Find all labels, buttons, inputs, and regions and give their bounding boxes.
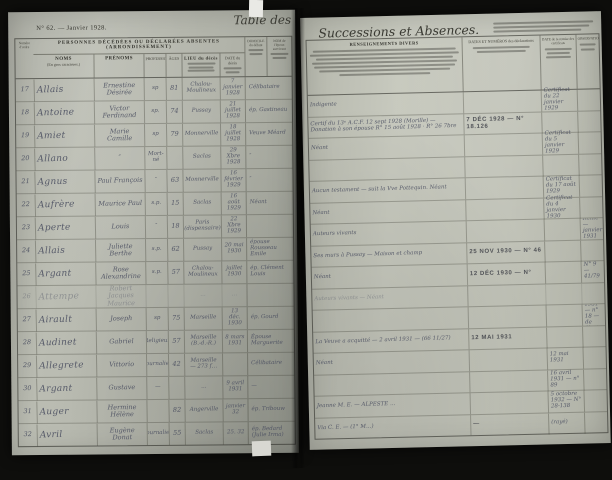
cell-profession: ″ [145, 216, 167, 238]
cell-age: 75 [168, 308, 184, 330]
cell-nom: Allano [34, 147, 95, 171]
cell-declaration-stamp [469, 348, 547, 370]
cell-age [166, 147, 182, 169]
cell-prenoms: Eugène Donat [97, 423, 147, 446]
table-row: 26 Attempe Robert Jacques Maurice … … [17, 284, 293, 309]
cell-nom: Auger [36, 400, 97, 424]
table-row: 30 Argant Gustave — … 9 avril 1931 — [18, 376, 294, 401]
cell-numero: 26 [17, 286, 35, 308]
cell-lieu-deces: Saclas [185, 422, 223, 445]
cell-prenoms: Marie Camille [94, 124, 144, 147]
cell-prenoms: Robert Jacques Maurice [95, 285, 145, 308]
table-row: 20 Allano ″ Mort-né Saclas 29 Xbre 1928 … [16, 146, 292, 171]
cell-numero: 18 [16, 102, 34, 124]
cell-numero: 23 [17, 217, 35, 239]
renseignements-table: RENSEIGNEMENTS DIVERS DATES ET NUMÉROS d… [305, 33, 608, 440]
table-row: 27 Airault Joseph sp 75 Marseille 13 déc… [18, 307, 294, 332]
cell-observation [579, 175, 603, 196]
cell-renseignements: Jeanne M. E. — ALPESTE … [315, 393, 471, 418]
cell-profession: Journalier [146, 354, 168, 376]
cell-prenoms: Louis [95, 216, 145, 239]
cell-date-deces: 25. 32 [223, 422, 248, 444]
cell-certificat [541, 111, 578, 133]
cell-nom: Antoine [34, 101, 95, 125]
cell-renseignements: Néant [312, 264, 468, 289]
cell-renseignements: Auteurs vivants [311, 221, 467, 246]
right-table-body: Indigente Certificat du 22 janvier 1929 … [308, 89, 608, 439]
cell-lieu-deces: Chalou-Moulineux [182, 77, 220, 100]
cell-observation [577, 89, 601, 110]
cell-prenoms: Vittorio [96, 354, 146, 377]
cell-date-deces: … [221, 284, 246, 306]
cell-renseignements: Indigente [308, 92, 464, 117]
cell-observation: N° 9 — 41/79 [581, 261, 605, 282]
cell-renseignements: Via C. E. — (1° M…) [315, 414, 471, 439]
cell-prenoms: Ernestine Désirée [94, 78, 144, 101]
cell-epoux: Célibataire [247, 77, 292, 100]
cell-numero: 21 [16, 171, 34, 193]
cell-nom: Attempe [35, 285, 96, 309]
cell-renseignements: Néant [314, 350, 470, 375]
cell-lieu-deces: Marseille — 273 f… [184, 353, 222, 376]
cell-date-deces: 13 déc. 1930 [222, 307, 247, 329]
cell-profession: Mort-né [144, 147, 166, 169]
fine-print-note [493, 18, 593, 34]
table-row: 23 Aperte Louis ″ 18 Paris (dispensaire)… [17, 215, 293, 240]
cell-numero: 27 [18, 309, 36, 331]
cell-observation [583, 369, 607, 390]
cell-age: 79 [166, 124, 182, 146]
cell-prenoms: Victor Ferdinand [94, 101, 144, 124]
table-row: 24 Allais Juliette Berthe s.p. 62 Pussay… [17, 238, 293, 263]
column-header-numero: Numéro d'ordre [15, 39, 33, 78]
cell-numero: 20 [16, 148, 34, 170]
cell-epoux: ″ [247, 146, 292, 169]
cell-nom: Argant [36, 377, 97, 401]
cell-lieu-deces: Monnerville [182, 123, 220, 146]
cell-declaration-stamp [469, 370, 547, 392]
deceased-persons-table: Numéro d'ordre PERSONNES DÉCÉDÉES OU DÉC… [14, 36, 296, 447]
cell-numero: 29 [18, 355, 36, 377]
cell-certificat: Certificat du 5 janvier 1929 [542, 133, 579, 155]
table-row: 31 Auger Hermine Hélène 82 Angerville ja… [18, 399, 294, 424]
cell-nom: Airault [35, 308, 96, 332]
cell-profession: — [146, 377, 168, 399]
cell-declaration-stamp: 12 DÉC 1930 — N° [467, 263, 545, 285]
column-header-epoux: NOM de l'époux survivant [266, 37, 291, 76]
cell-nom: Allais [35, 239, 96, 263]
cell-certificat: 16 avril 1931 — n° 89 [547, 369, 584, 391]
cell-nom: Avril [36, 423, 97, 447]
cell-numero: 32 [19, 424, 37, 446]
cell-observation [580, 240, 604, 261]
cell-profession: journalier [147, 423, 169, 445]
cell-declaration-stamp [466, 220, 544, 242]
cell-epoux: Célibataire [249, 353, 294, 376]
cell-observation [579, 197, 603, 218]
table-row: 25 Argant Rose Alexandrine s.p. 57 Chalo… [17, 261, 293, 286]
cell-age: 42 [168, 354, 184, 376]
cell-profession: sp [146, 308, 168, 330]
cell-declaration-stamp [470, 391, 548, 413]
cell-epoux: épouse Rousseau Emile [248, 238, 293, 261]
cell-date-deces: 21 juillet 1928 [220, 100, 245, 122]
cell-age: 62 [167, 239, 183, 261]
cell-prenoms: Rose Alexandrine [95, 262, 145, 285]
cell-age: 74 [166, 101, 182, 123]
cell-lieu-deces: Chalou-Moulineux [183, 261, 221, 284]
cell-observation: Réillé — janvier 1931 [580, 218, 604, 239]
cell-age: 82 [168, 400, 184, 422]
cell-observation [578, 132, 602, 153]
cell-lieu-deces: Pussay [182, 100, 220, 123]
cell-prenoms: Maurice Paul [95, 193, 145, 216]
cell-declaration-stamp [463, 91, 541, 113]
cell-numero: 25 [17, 263, 35, 285]
cell-epoux: — [249, 376, 294, 399]
cell-profession [145, 285, 167, 307]
cell-epoux [248, 215, 293, 238]
cell-declaration-stamp [468, 306, 546, 328]
cell-declaration-stamp: 12 MAI 1931 [468, 327, 546, 349]
table-row: 28 Audinet Gabriel Religieux 57 Marseill… [18, 330, 294, 355]
paper-tab-top [249, 0, 263, 17]
cell-age [167, 285, 183, 307]
cell-profession: s.p. [145, 239, 167, 261]
book-spine-shadow [291, 8, 305, 468]
cell-date-deces: 20 mai 1930 [221, 238, 246, 260]
cell-observation [582, 347, 606, 368]
cell-profession: ″ [144, 170, 166, 192]
cell-age: 15 [167, 193, 183, 215]
cell-nom: Amiet [34, 124, 95, 148]
cell-date-deces: 7 janvier 1928 [220, 77, 245, 99]
column-header-declarations: DATES ET NUMÉROS des déclarations [461, 36, 540, 92]
cell-epoux [248, 284, 293, 307]
cell-prenoms: ″ [94, 147, 144, 170]
cell-epoux: ép. Gourd [249, 307, 294, 330]
cell-prenoms: Hermine Hélène [96, 400, 146, 423]
cell-certificat: Certificat du 17 août 1929 [543, 176, 580, 198]
cell-numero: 17 [16, 79, 34, 101]
cell-numero: 24 [17, 240, 35, 262]
cell-profession: sp. [144, 101, 166, 123]
cell-certificat: Certificat du 4 janvier 1930 [543, 197, 580, 219]
cell-prenoms: Gustave [96, 377, 146, 400]
register-number: N° 62. — Janvier 1928. [36, 24, 107, 32]
cell-prenoms: Joseph [96, 308, 146, 331]
cell-observation [582, 326, 606, 347]
cell-age: 81 [166, 78, 182, 100]
table-row: 29 Allegrete Vittorio Journalier 42 Mars… [18, 353, 294, 378]
cell-lieu-deces: … [183, 284, 221, 307]
table-row: 21 Agnus Paul François ″ 63 Monnerville … [16, 169, 292, 194]
cell-certificat [545, 262, 582, 284]
scanned-register-spread: N° 62. — Janvier 1928. Table des Numéro … [0, 0, 612, 480]
cell-epoux: Néant [248, 192, 293, 215]
cell-epoux: Épouse Marguerite [249, 330, 294, 353]
cell-age: 57 [168, 331, 184, 353]
cell-observation: 22 MAI 1931 — n° 18 — de février 1931 [582, 304, 606, 325]
cell-prenoms: Paul François [94, 170, 144, 193]
cell-observation [581, 283, 605, 304]
cell-profession: s.p. [145, 193, 167, 215]
cell-age [168, 377, 184, 399]
column-header-renseignements: RENSEIGNEMENTS DIVERS [307, 37, 463, 95]
cell-profession: sp [144, 124, 166, 146]
cell-epoux: ép. Gastineau [247, 100, 292, 123]
cell-lieu-deces: Angerville [184, 399, 222, 422]
cell-declaration-stamp: 7 DÉC 1928 — N° 18.126 [463, 112, 541, 134]
cell-certificat: (rayé) [548, 412, 585, 434]
cell-numero: 19 [16, 125, 34, 147]
cell-date-deces: 16 février 1929 [220, 169, 245, 191]
table-row: 17 Allais Ernestine Désirée sp 81 Chalou… [16, 77, 292, 102]
cell-renseignements: Aucun testament — suit la Vve Pottequin.… [310, 178, 466, 203]
cell-profession: s.p. [145, 262, 167, 284]
paper-tab-bottom [252, 441, 272, 457]
cell-date-deces [222, 353, 247, 375]
cell-numero: 31 [18, 401, 36, 423]
cell-nom: Audinet [36, 331, 97, 355]
cell-lieu-deces: … [184, 376, 222, 399]
cell-observation [584, 412, 608, 433]
column-header-prenoms: PRÉNOMS [93, 54, 143, 77]
cell-renseignements [313, 307, 469, 332]
cell-epoux: ép. Clément Louis [248, 261, 293, 284]
column-header-lieu: LIEU du décès [181, 53, 219, 76]
cell-profession [146, 400, 168, 422]
cell-certificat [542, 154, 579, 176]
cell-certificat [544, 219, 581, 241]
cell-lieu-deces: Marseille (B.-d.-R.) [184, 330, 222, 353]
cell-observation [578, 154, 602, 175]
cell-epoux: ép. Tribouw [249, 399, 294, 422]
cell-epoux: ″ [247, 169, 292, 192]
cell-declaration-stamp [465, 198, 543, 220]
cell-numero: 30 [18, 378, 36, 400]
register-page-right: Successions et Absences. RENSEIGNEMENTS … [300, 11, 611, 450]
cell-lieu-deces: Paris (dispensaire) [183, 215, 221, 238]
group-header-personnes: PERSONNES DÉCÉDÉES OU DÉCLARÉES ABSENTES… [33, 37, 244, 55]
cell-epoux: Veuve Méard [247, 123, 292, 146]
cell-certificat [544, 240, 581, 262]
column-header-ages: ÂGES [165, 54, 181, 77]
cell-prenoms: Gabriel [96, 331, 146, 354]
cell-nom: Aufrère [34, 193, 95, 217]
cell-declaration-stamp: 25 NOV 1930 — N° 46 [466, 241, 544, 263]
cell-date-deces: 16 août 1929 [221, 192, 246, 214]
table-row: 22 Aufrère Maurice Paul s.p. 15 Saclas 1… [17, 192, 293, 217]
column-header-observations: OBSERVATIONS [575, 34, 599, 89]
cell-date-deces: 29 Xbre 1928 [220, 146, 245, 168]
cell-nom: Aperte [35, 216, 96, 240]
cell-certificat: Certificat du 22 janvier 1929 [541, 90, 578, 112]
cell-declaration-stamp [465, 177, 543, 199]
cell-nom: Argant [35, 262, 96, 286]
cell-certificat: 12 mai 1931 [546, 348, 583, 370]
cell-observation [577, 111, 601, 132]
cell-declaration-stamp [464, 134, 542, 156]
cell-lieu-deces: Marseille [184, 307, 222, 330]
cell-lieu-deces: Saclas [182, 146, 220, 169]
cell-nom: Agnus [34, 170, 95, 194]
column-header-remise: DATE de la remise des certificats [539, 35, 576, 90]
cell-numero: 28 [18, 332, 36, 354]
cell-renseignements: Néant [309, 135, 465, 160]
cell-profession: Religieux [146, 331, 168, 353]
table-row: 18 Antoine Victor Ferdinand sp. 74 Pussa… [16, 100, 292, 125]
cell-declaration-stamp: — [470, 413, 548, 435]
register-page-left: N° 62. — Janvier 1928. Table des Numéro … [8, 10, 299, 455]
cell-certificat: 5 octobre 1932 — N° 28-138 [547, 391, 584, 413]
cell-date-deces: janvier 32 [222, 399, 247, 421]
cell-observation [583, 390, 607, 411]
cell-declaration-stamp [467, 284, 545, 306]
cell-certificat [546, 305, 583, 327]
column-header-date: DATE du décès [219, 53, 244, 76]
cell-lieu-deces: Monnerville [182, 169, 220, 192]
cell-age: 55 [169, 423, 185, 445]
table-row: 19 Amiet Marie Camille sp 79 Monnerville… [16, 123, 292, 148]
cell-numero: 22 [17, 194, 35, 216]
cell-prenoms: Juliette Berthe [95, 239, 145, 262]
cell-date-deces: 9 avril 1931 [222, 376, 247, 398]
cell-date-deces: 18 juillet 1928 [220, 123, 245, 145]
cell-date-deces: 8 mars 1931 [222, 330, 247, 352]
cell-age: 57 [167, 262, 183, 284]
cell-date-deces: juillet 1930 [221, 261, 246, 283]
cell-nom: Allegrete [36, 354, 97, 378]
cell-profession: sp [144, 78, 166, 100]
cell-lieu-deces: Saclas [183, 192, 221, 215]
cell-certificat [545, 283, 582, 305]
cell-lieu-deces: Pussay [183, 238, 221, 261]
cell-age: 18 [167, 216, 183, 238]
cell-declaration-stamp [464, 155, 542, 177]
column-header-domicile: DOMICILE du défunt [244, 37, 266, 76]
cell-nom: Allais [33, 78, 94, 102]
column-header-noms: NOMS (En gros caractères.) [33, 55, 93, 79]
cell-certificat [546, 326, 583, 348]
cell-age: 63 [166, 170, 182, 192]
cell-date-deces: 22 Xbre 1929 [221, 215, 246, 237]
left-table-header: Numéro d'ordre PERSONNES DÉCÉDÉES OU DÉC… [15, 37, 291, 79]
column-header-professions: PROFESSIONS [143, 54, 165, 77]
left-table-body: 17 Allais Ernestine Désirée sp 81 Chalou… [16, 77, 295, 446]
